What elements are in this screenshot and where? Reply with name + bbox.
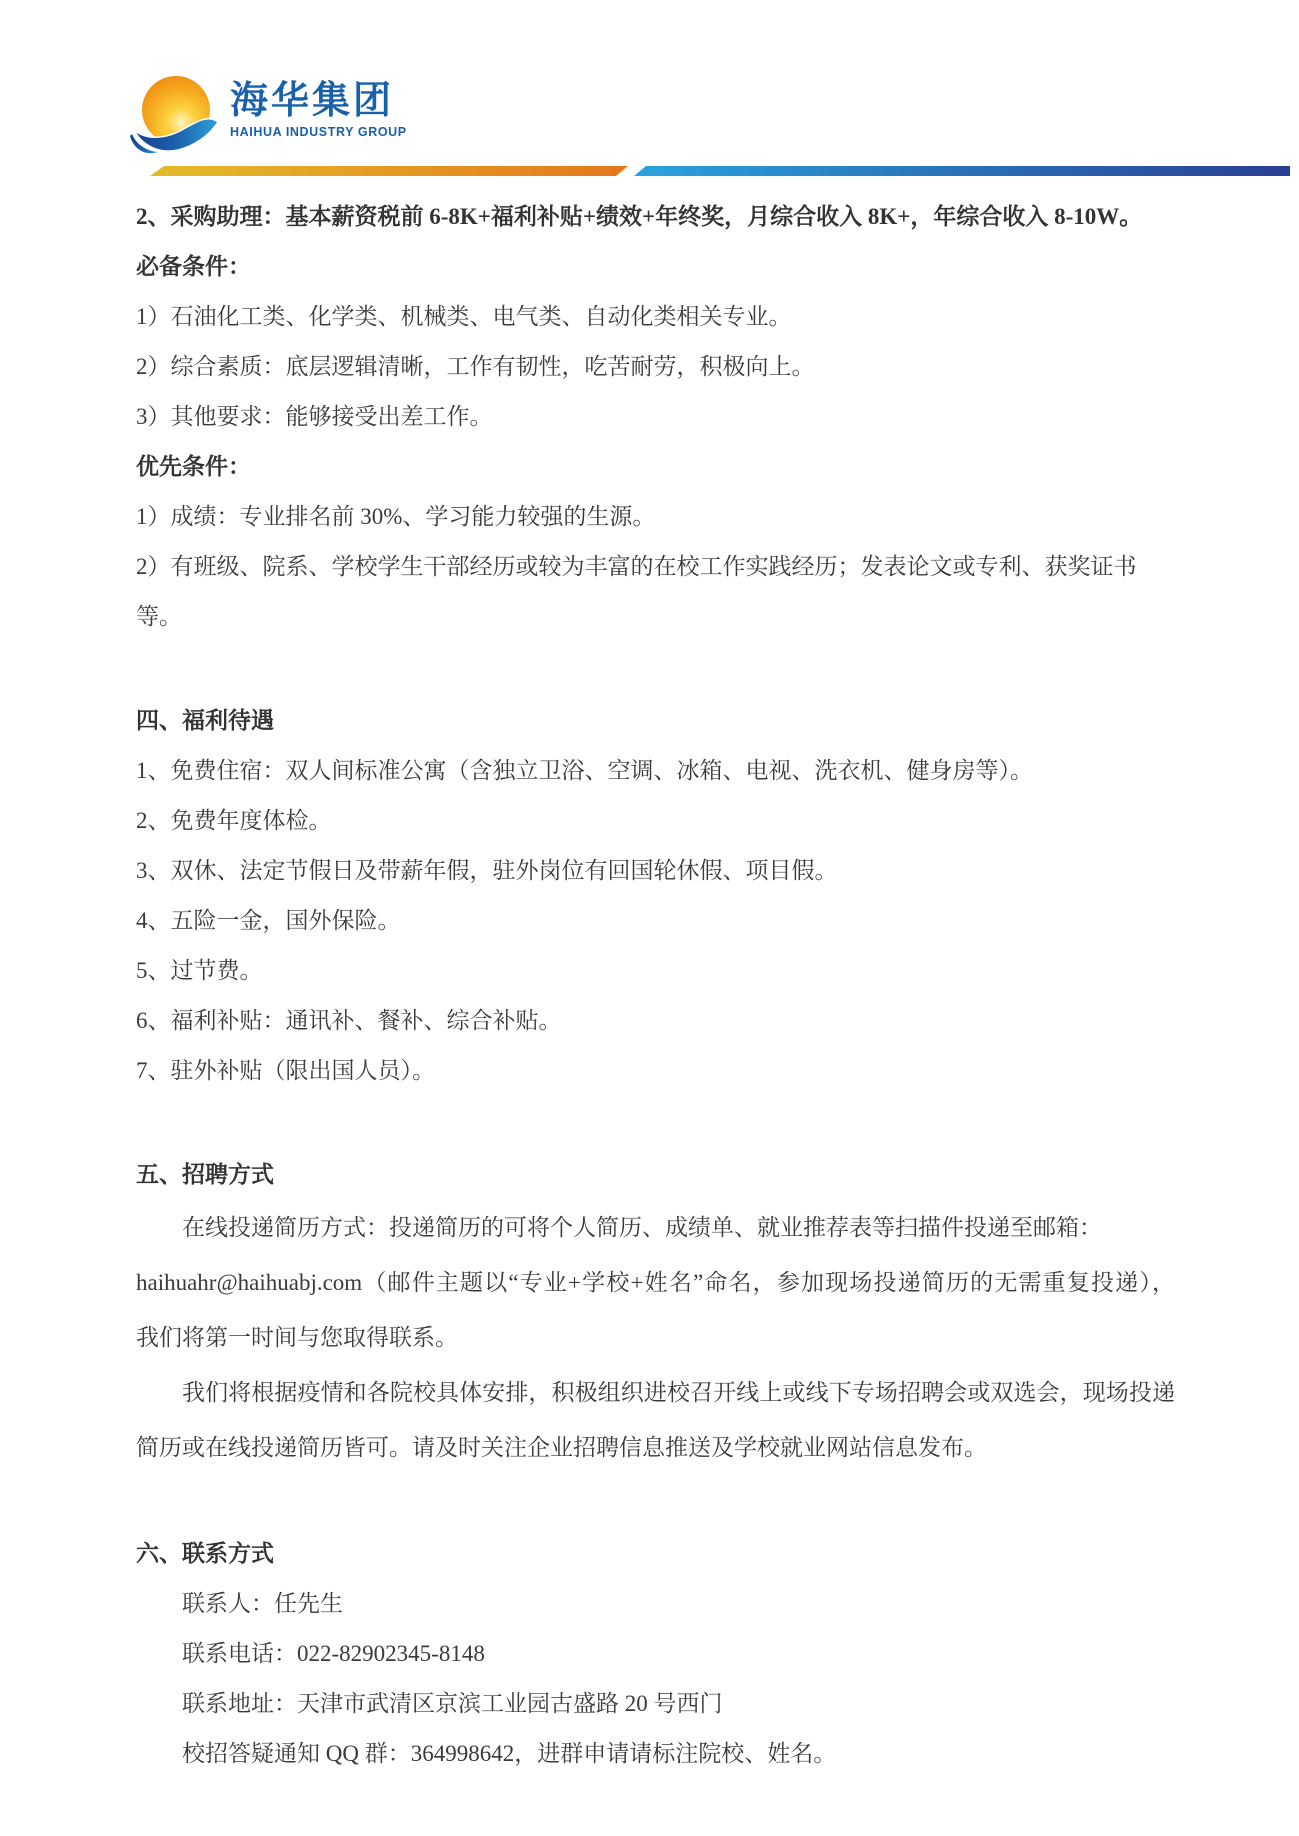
divider-left-segment <box>150 166 628 176</box>
section-heading: 优先条件： <box>136 442 1175 492</box>
document-line: 在线投递简历方式：投递简历的可将个人简历、成绩单、就业推荐表等扫描件投递至邮箱： <box>136 1200 1175 1255</box>
section-heading: 六、联系方式 <box>136 1529 1175 1579</box>
document-line: 1）石油化工类、化学类、机械类、电气类、自动化类相关专业。 <box>136 292 1175 342</box>
document-line: haihuahr@haihuabj.com（邮件主题以“专业+学校+姓名”命名，… <box>136 1255 1175 1310</box>
section-heading: 必备条件： <box>136 242 1175 292</box>
section-heading: 四、福利待遇 <box>136 696 1175 746</box>
document-line: 6、福利补贴：通讯补、餐补、综合补贴。 <box>136 996 1175 1046</box>
document-line: 联系人：任先生 <box>136 1579 1175 1629</box>
company-header: 海华集团 HAIHUA INDUSTRY GROUP <box>128 72 1299 158</box>
document-line: 1、免费住宿：双人间标准公寓（含独立卫浴、空调、冰箱、电视、洗衣机、健身房等）。 <box>136 746 1175 796</box>
document-line: 3）其他要求：能够接受出差工作。 <box>136 392 1175 442</box>
document-line: 2）有班级、院系、学校学生干部经历或较为丰富的在校工作实践经历；发表论文或专利、… <box>136 542 1175 642</box>
document-line: 校招答疑通知 QQ 群：364998642，进群申请请标注院校、姓名。 <box>136 1729 1175 1779</box>
logo-text-block: 海华集团 HAIHUA INDUSTRY GROUP <box>230 72 407 140</box>
document-line: 我们将根据疫情和各院校具体安排，积极组织进校召开线上或线下专场招聘会或双选会，现… <box>136 1365 1175 1420</box>
document-line: 5、过节费。 <box>136 946 1175 996</box>
document-line: 1）成绩：专业排名前 30%、学习能力较强的生源。 <box>136 492 1175 542</box>
document-line: 3、双休、法定节假日及带薪年假，驻外岗位有回国轮休假、项目假。 <box>136 846 1175 896</box>
document-line: 7、驻外补贴（限出国人员）。 <box>136 1046 1175 1096</box>
section-heading: 2、采购助理：基本薪资税前 6-8K+福利补贴+绩效+年终奖，月综合收入 8K+… <box>136 192 1175 242</box>
divider-right-segment <box>634 166 1290 176</box>
company-name-en: HAIHUA INDUSTRY GROUP <box>230 124 407 140</box>
document-line: 联系地址：天津市武清区京滨工业园古盛路 20 号西门 <box>136 1679 1175 1729</box>
company-name: 海华集团 <box>230 80 407 122</box>
document-line: 2）综合素质：底层逻辑清晰，工作有韧性，吃苦耐劳，积极向上。 <box>136 342 1175 392</box>
section-heading: 五、招聘方式 <box>136 1150 1175 1200</box>
document-page: 海华集团 HAIHUA INDUSTRY GROUP 2、采购助理：基本薪资税前… <box>0 0 1299 1836</box>
document-line: 联系电话：022-82902345-8148 <box>136 1629 1175 1679</box>
divider-gap <box>628 166 634 176</box>
sun-wave-logo-icon <box>128 72 220 160</box>
document-line: 4、五险一金，国外保险。 <box>136 896 1175 946</box>
document-body: 2、采购助理：基本薪资税前 6-8K+福利补贴+绩效+年终奖，月综合收入 8K+… <box>0 176 1299 1779</box>
document-line: 我们将第一时间与您取得联系。 <box>136 1310 1175 1365</box>
document-line: 2、免费年度体检。 <box>136 796 1175 846</box>
document-line: 简历或在线投递简历皆可。请及时关注企业招聘信息推送及学校就业网站信息发布。 <box>136 1420 1175 1475</box>
gradient-divider <box>150 166 1290 176</box>
